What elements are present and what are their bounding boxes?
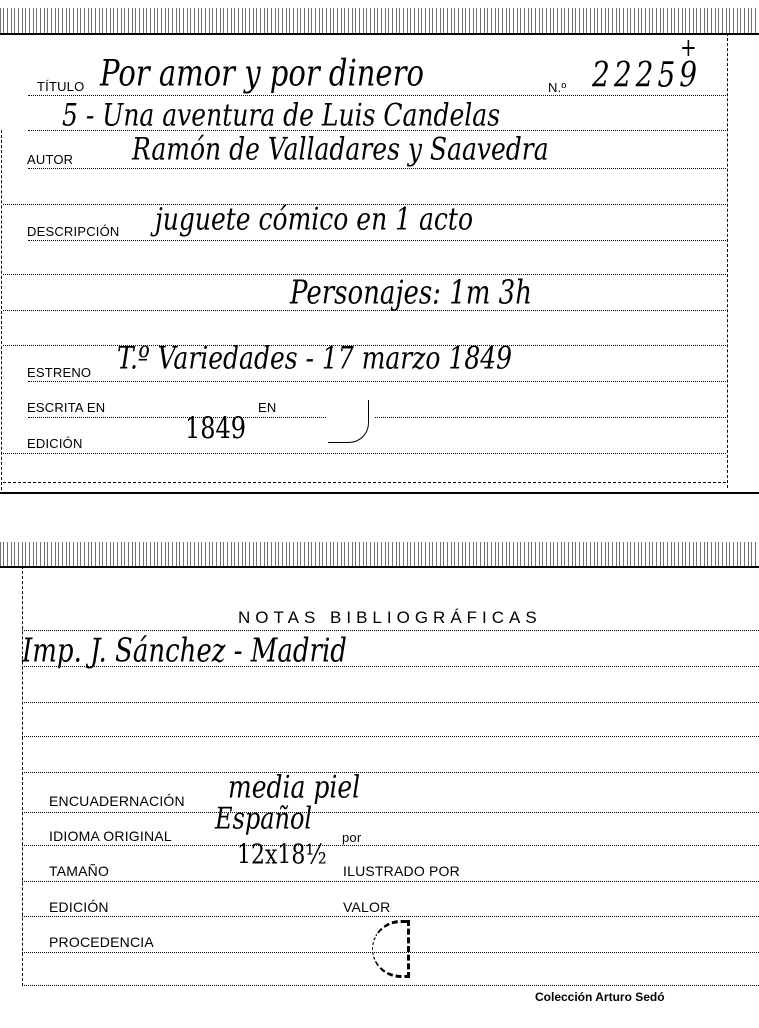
- rule-line: [22, 812, 759, 813]
- rule-line: [28, 381, 726, 382]
- rule-line: [22, 881, 759, 882]
- rule-line: [22, 916, 759, 917]
- descripcion-value: juguete cómico en 1 acto: [155, 201, 473, 237]
- rule-line: [28, 240, 726, 241]
- ilustrado-por-label: ILUSTRADO POR: [343, 863, 460, 879]
- rule-line: [22, 985, 759, 986]
- card-top-edge: [0, 33, 759, 35]
- titulo-continuation: 5 - Una aventura de Luis Candelas: [62, 97, 500, 133]
- personajes-value: Personajes: 1m 3h: [290, 275, 532, 313]
- titulo-value: Por amor y por dinero: [100, 52, 424, 95]
- escrita-en-label: ESCRITA EN: [27, 400, 105, 415]
- estreno-value: T.º Variedades - 17 marzo 1849: [117, 340, 512, 376]
- autor-label: AUTOR: [27, 152, 73, 167]
- rule-line: [3, 482, 726, 483]
- por-label: por: [342, 830, 361, 845]
- card-top-edge: [0, 566, 759, 568]
- rule-line: [3, 453, 726, 454]
- rule-line: [28, 168, 726, 169]
- note-imprenta: Imp. J. Sánchez - Madrid: [22, 633, 347, 671]
- card-bottom-edge: [0, 492, 759, 494]
- encuadernacion-label: ENCUADERNACIÓN: [49, 793, 185, 809]
- edicion-label: EDICIÓN: [49, 899, 109, 915]
- tamano-label: TAMAÑO: [49, 863, 109, 879]
- edicion-value: 1849: [185, 411, 246, 446]
- card-right-edge: [727, 33, 728, 488]
- tamano-value: 12x18½: [237, 840, 327, 871]
- rule-line: [22, 702, 759, 703]
- rule-line: [22, 736, 759, 737]
- autor-value: Ramón de Valladares y Saavedra: [132, 131, 549, 167]
- edicion-label: EDICIÓN: [27, 436, 83, 451]
- en-label: EN: [258, 400, 276, 415]
- rule-line: [375, 417, 726, 418]
- estreno-label: ESTRENO: [27, 365, 91, 380]
- notas-heading: NOTAS BIBLIOGRÁFICAS: [238, 608, 542, 628]
- pen-mark: [372, 920, 410, 978]
- rule-line: [22, 772, 759, 773]
- scan-noise-border: [0, 542, 759, 568]
- valor-label: VALOR: [343, 899, 390, 915]
- pen-mark: [328, 400, 369, 443]
- collection-credit: Colección Arturo Sedó: [535, 990, 665, 1004]
- scan-noise-border: [0, 8, 759, 34]
- card-left-edge: [1, 130, 2, 490]
- idioma-original-value: Español: [215, 801, 312, 836]
- procedencia-label: PROCEDENCIA: [49, 934, 154, 950]
- numero-label: N.º: [548, 80, 566, 95]
- catalog-card-back: NOTAS BIBLIOGRÁFICAS Imp. J. Sánchez - M…: [0, 540, 759, 1028]
- titulo-label: TÍTULO: [37, 79, 84, 94]
- descripcion-label: DESCRIPCIÓN: [27, 224, 120, 239]
- numero-mark: +: [680, 32, 697, 62]
- card-left-edge: [22, 566, 23, 986]
- encuadernacion-value: media piel: [228, 769, 360, 805]
- rule-line: [22, 630, 759, 631]
- idioma-original-label: IDIOMA ORIGINAL: [49, 828, 172, 844]
- catalog-card-front: TÍTULO Por amor y por dinero N.º 22259 +…: [0, 0, 759, 495]
- rule-line: [28, 417, 326, 418]
- rule-line: [22, 845, 759, 846]
